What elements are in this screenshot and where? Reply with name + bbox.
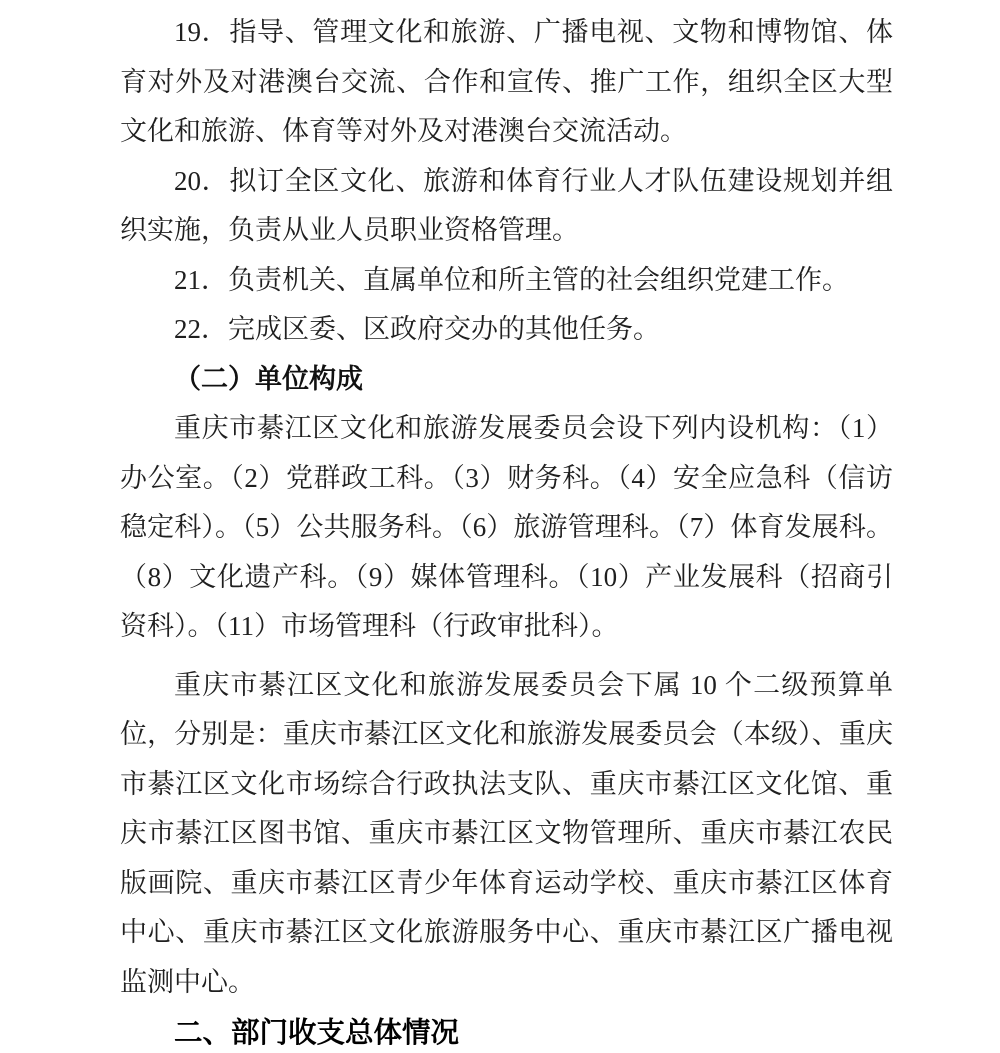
document-page: 19．指导、管理文化和旅游、广播电视、文物和博物馆、体育对外及对港澳台交流、合作… <box>0 0 1000 1053</box>
paragraph-duty-21: 21．负责机关、直属单位和所主管的社会组织党建工作。 <box>120 256 893 306</box>
section-heading-revenue-expenditure: 二、部门收支总体情况 <box>120 1009 893 1053</box>
paragraph-duty-19: 19．指导、管理文化和旅游、广播电视、文物和博物馆、体育对外及对港澳台交流、合作… <box>120 8 893 157</box>
paragraph-budget-units: 重庆市綦江区文化和旅游发展委员会下属 10 个二级预算单位，分别是：重庆市綦江区… <box>120 661 893 1008</box>
paragraph-duty-20: 20．拟订全区文化、旅游和体育行业人才队伍建设规划并组织实施，负责从业人员职业资… <box>120 157 893 256</box>
paragraph-internal-organs: 重庆市綦江区文化和旅游发展委员会设下列内设机构：（1）办公室。（2）党群政工科。… <box>120 404 893 652</box>
paragraph-duty-22: 22．完成区委、区政府交办的其他任务。 <box>120 305 893 355</box>
subheading-unit-composition: （二）单位构成 <box>120 355 893 405</box>
